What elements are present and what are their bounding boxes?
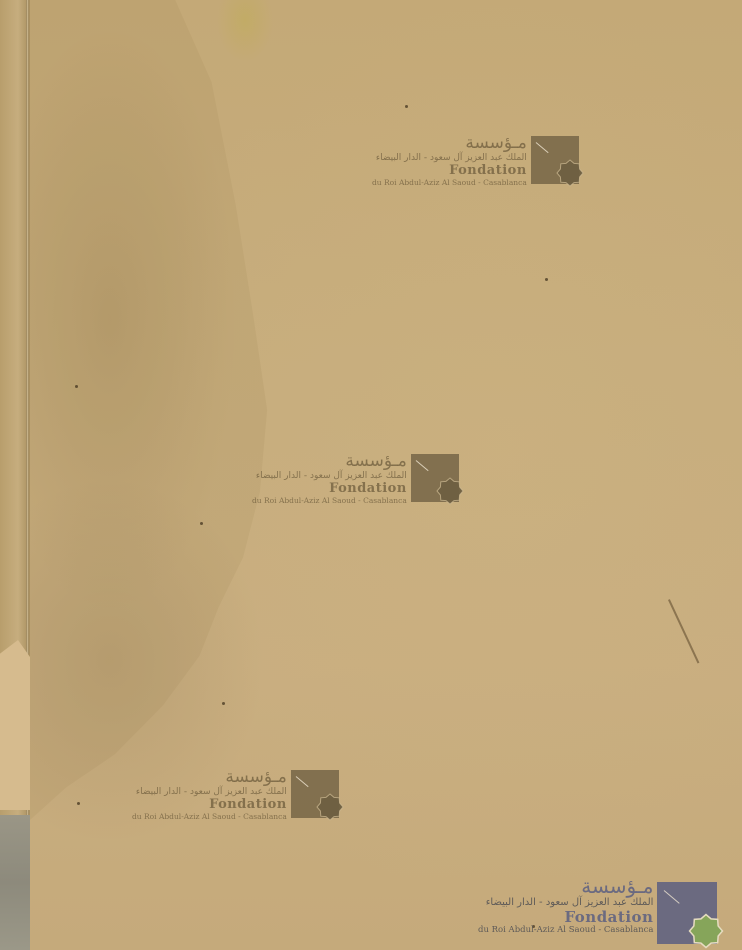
exposed-board [0, 815, 30, 950]
watermark-arabic-title: مـؤسسة [465, 134, 526, 152]
speck [405, 105, 408, 108]
watermark-du-roi: du Roi Abdul-Aziz Al Saoud - Casablanca [252, 496, 407, 506]
foundation-logo-icon [411, 454, 459, 504]
speck [222, 702, 225, 705]
watermark-du-roi: du Roi Abdul-Aziz Al Saoud - Casablanca [132, 812, 287, 822]
watermark-logo-top: مـؤسسة الملك عبد العزيز آل سعود - الدار … [372, 134, 579, 188]
watermark-arabic-title: مـؤسسة [225, 768, 286, 786]
watermark-arabic-title: مـؤسسة [345, 452, 406, 470]
paper-crease [668, 599, 699, 663]
water-stain [30, 0, 272, 820]
watermark-fondation: Fondation [449, 164, 527, 178]
speck [200, 522, 203, 525]
torn-paper-patch [0, 640, 30, 810]
watermark-logo-corner: مـؤسسة الملك عبد العزيز آل سعود - الدار … [478, 876, 719, 946]
speck [75, 385, 78, 388]
foundation-logo-icon [291, 770, 339, 820]
watermark-fondation: Fondation [209, 798, 287, 812]
watermark-arabic-title: مـؤسسة [581, 876, 653, 896]
watermark-du-roi: du Roi Abdul-Aziz Al Saoud - Casablanca [478, 925, 653, 936]
watermark-logo-middle: مـؤسسة الملك عبد العزيز آل سعود - الدار … [252, 452, 459, 506]
speck [77, 802, 80, 805]
watermark-logo-lower: مـؤسسة الملك عبد العزيز آل سعود - الدار … [132, 768, 339, 822]
paper-page: مـؤسسة الملك عبد العزيز آل سعود - الدار … [0, 0, 742, 950]
foundation-logo-icon [657, 882, 719, 946]
speck [545, 278, 548, 281]
foundation-logo-icon [531, 136, 579, 186]
watermark-fondation: Fondation [564, 909, 653, 925]
watermark-du-roi: du Roi Abdul-Aziz Al Saoud - Casablanca [372, 178, 527, 188]
watermark-fondation: Fondation [329, 482, 407, 496]
